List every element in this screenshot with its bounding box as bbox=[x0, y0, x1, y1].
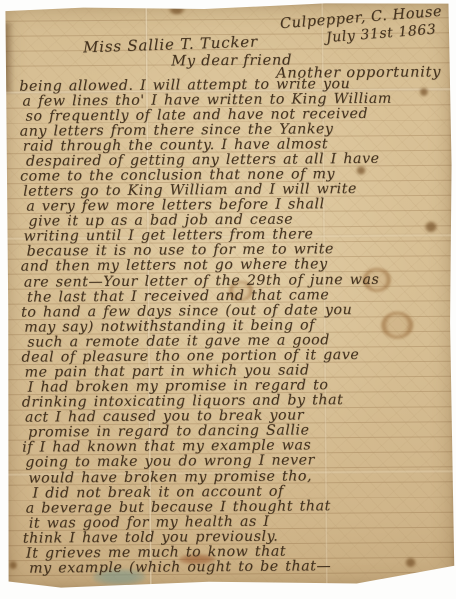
spot-stain-5 bbox=[9, 561, 17, 570]
scanned-letter: Culpepper, C. House July 31st 1863 Miss … bbox=[0, 0, 456, 599]
letter-line: my example (which ought to be that— bbox=[29, 558, 448, 576]
letter-body: being allowed. I will attempt to write y… bbox=[16, 76, 448, 577]
letter-salutation: My dear friend bbox=[171, 53, 292, 69]
letter-paper: Culpepper, C. House July 31st 1863 Miss … bbox=[3, 1, 456, 590]
edge-stain bbox=[3, 23, 15, 93]
ink-blot-top bbox=[168, 3, 186, 14]
